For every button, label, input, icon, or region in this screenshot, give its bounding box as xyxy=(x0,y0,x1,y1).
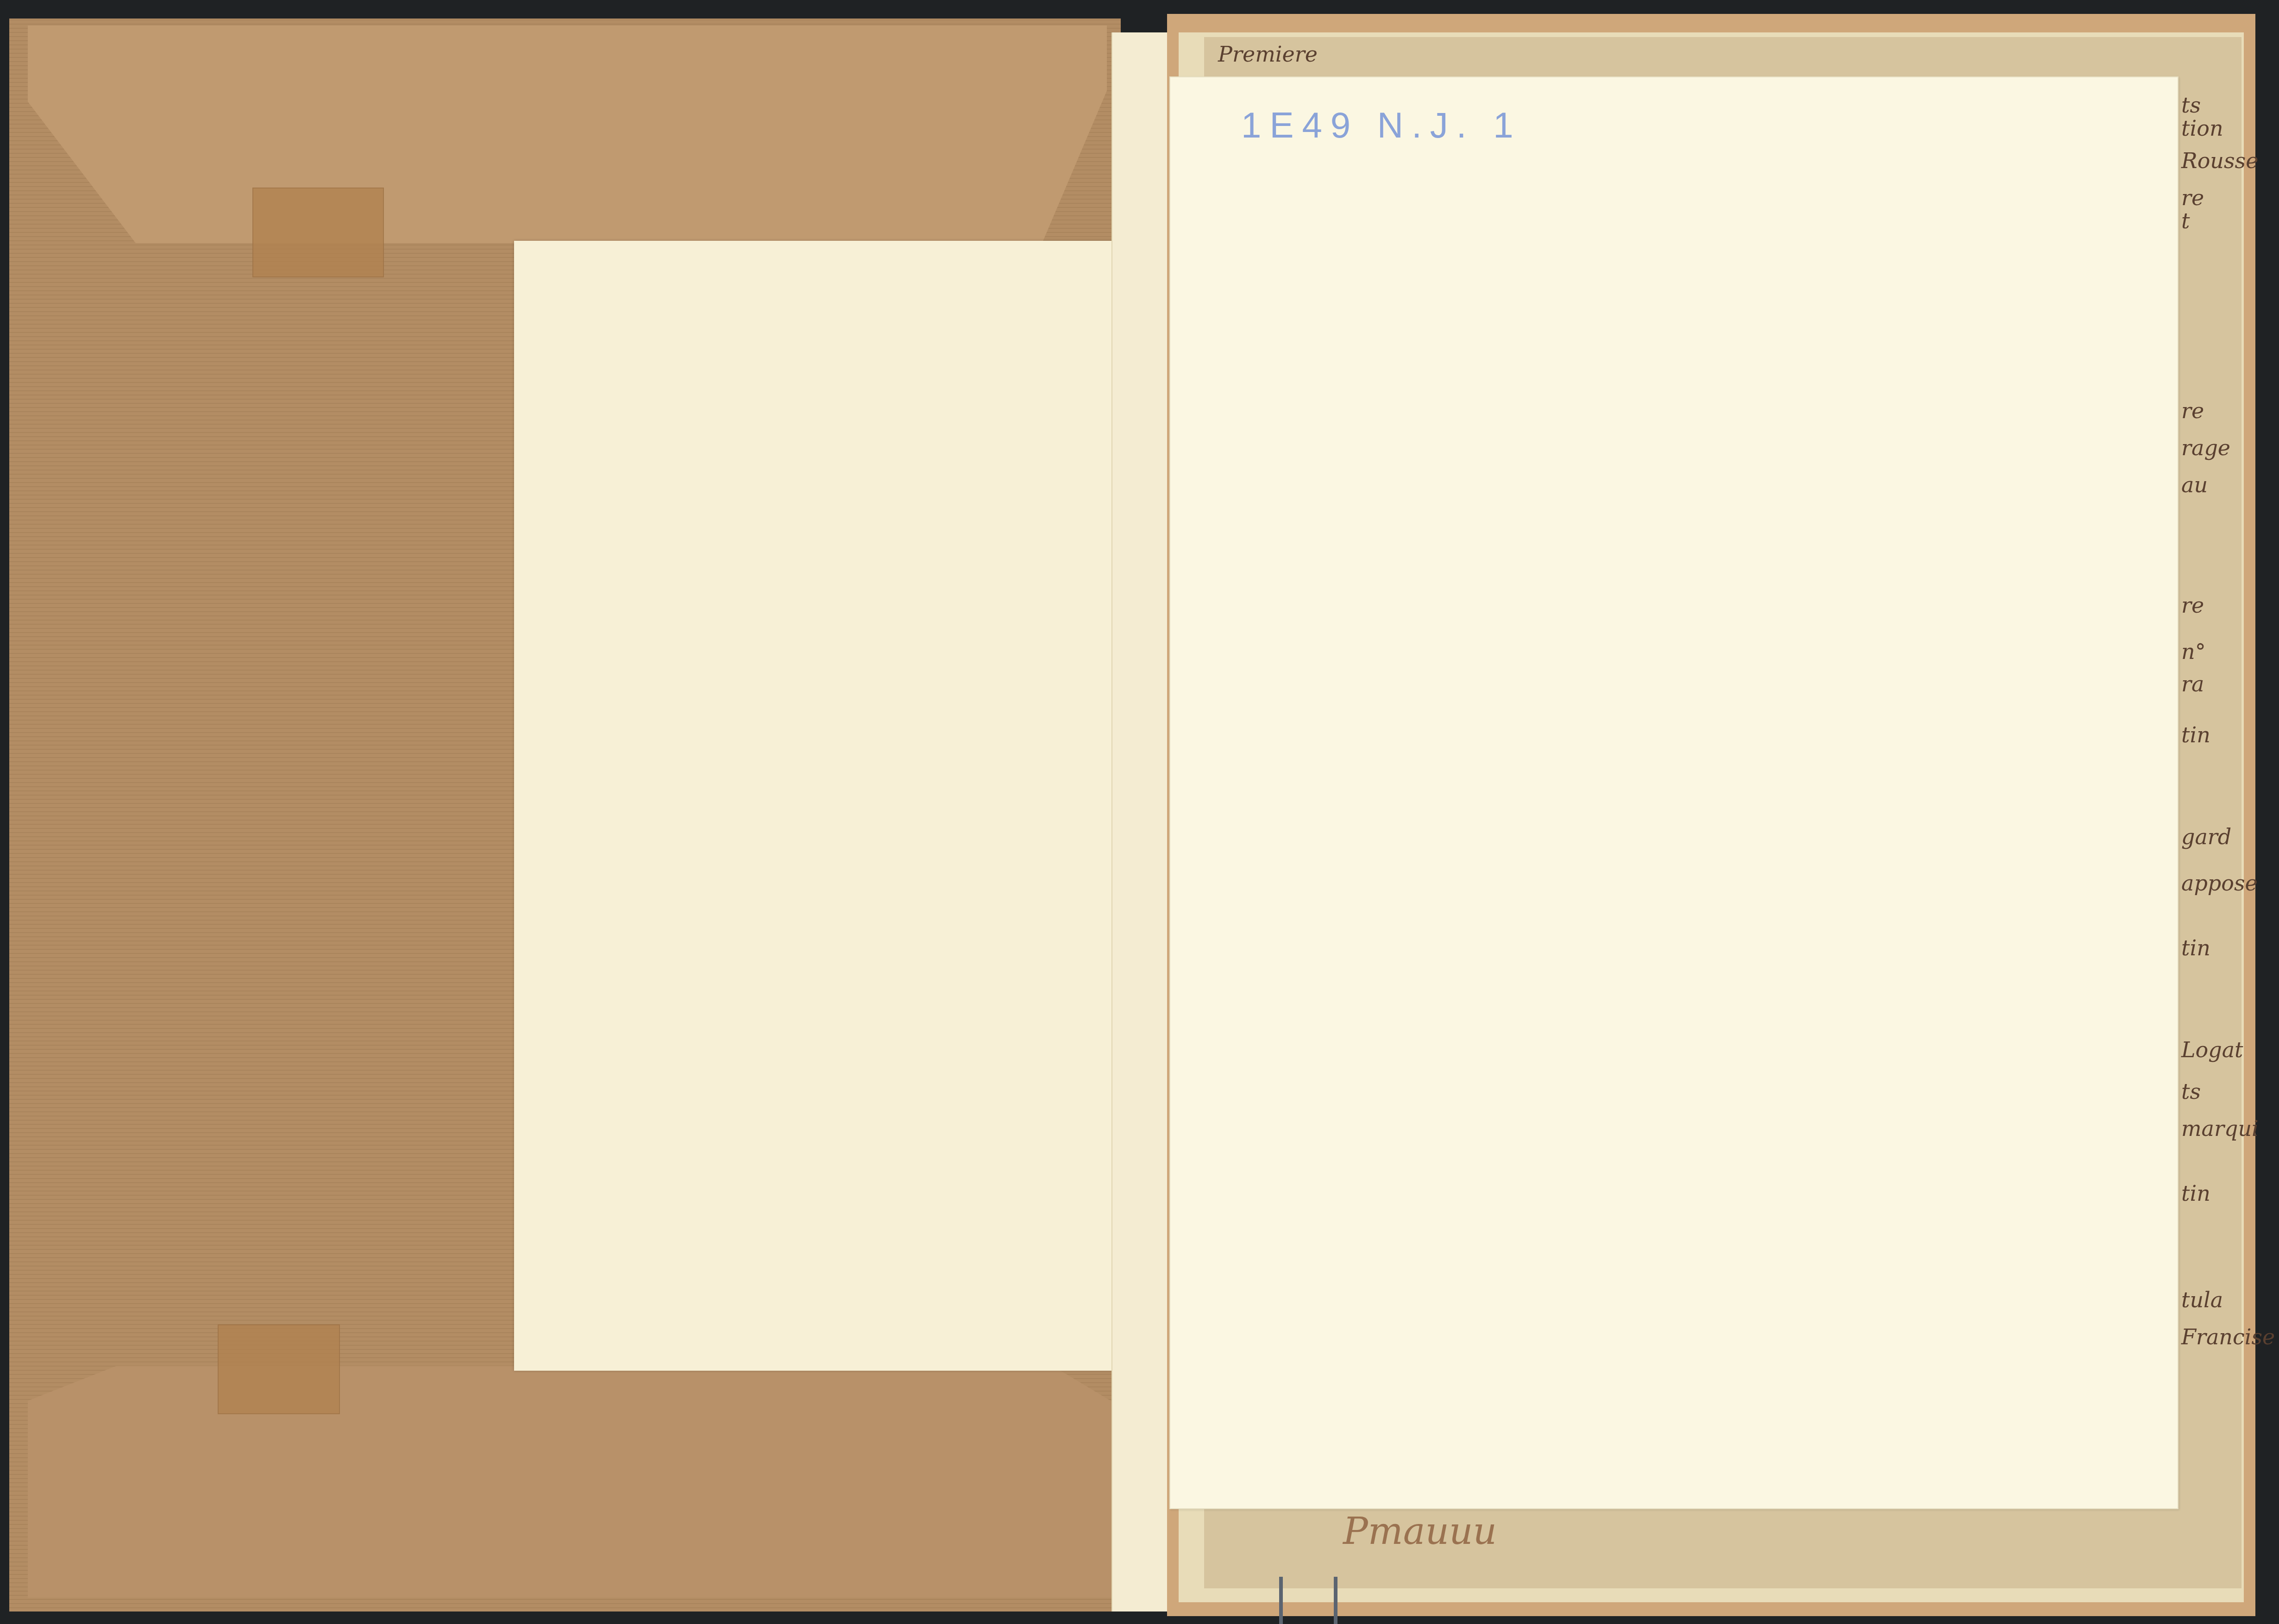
margin-fragment: n° xyxy=(2181,639,2206,664)
margin-fragment: Logat xyxy=(2181,1037,2243,1062)
margin-fragment: t xyxy=(2181,208,2190,233)
margin-fragment: tin xyxy=(2181,722,2210,747)
margin-fragment: re xyxy=(2181,185,2204,210)
margin-fragment: tin xyxy=(2181,935,2210,960)
shelfmark-label: 1E49 N.J. 1 xyxy=(1241,104,1522,146)
margin-fragment: Francise xyxy=(2181,1324,2275,1349)
scanner-stand-left xyxy=(1279,1577,1283,1624)
margin-fragment: marqui xyxy=(2181,1116,2259,1141)
margin-fragment: Rousse xyxy=(2181,148,2258,173)
kraft-bottom-flap xyxy=(28,1366,1130,1598)
signature-fragment: Pmauuu xyxy=(1343,1510,1497,1553)
margin-fragment: appose xyxy=(2181,871,2258,896)
margin-fragment: ts xyxy=(2181,1079,2201,1104)
margin-fragment: au xyxy=(2181,472,2208,497)
kraft-top-flap xyxy=(28,25,1107,243)
margin-fragment: rage xyxy=(2181,435,2230,460)
margin-fragment: gard xyxy=(2181,824,2231,849)
scanner-stand-right xyxy=(1334,1577,1337,1624)
cream-insert-sheet xyxy=(514,241,1153,1371)
margin-fragment: tion xyxy=(2181,116,2223,141)
tape-patch-top xyxy=(252,188,384,277)
margin-fragment: tula xyxy=(2181,1287,2223,1312)
margin-fragment: re xyxy=(2181,398,2204,423)
doc-top-fragment: Premiere xyxy=(1218,42,1318,67)
margin-fragment: tin xyxy=(2181,1181,2210,1206)
margin-fragment: re xyxy=(2181,593,2204,618)
margin-fragment: ra xyxy=(2181,671,2204,696)
tape-patch-bottom xyxy=(218,1324,340,1414)
blank-cover-page[interactable] xyxy=(1169,76,2179,1509)
margin-fragment: ts xyxy=(2181,93,2201,118)
